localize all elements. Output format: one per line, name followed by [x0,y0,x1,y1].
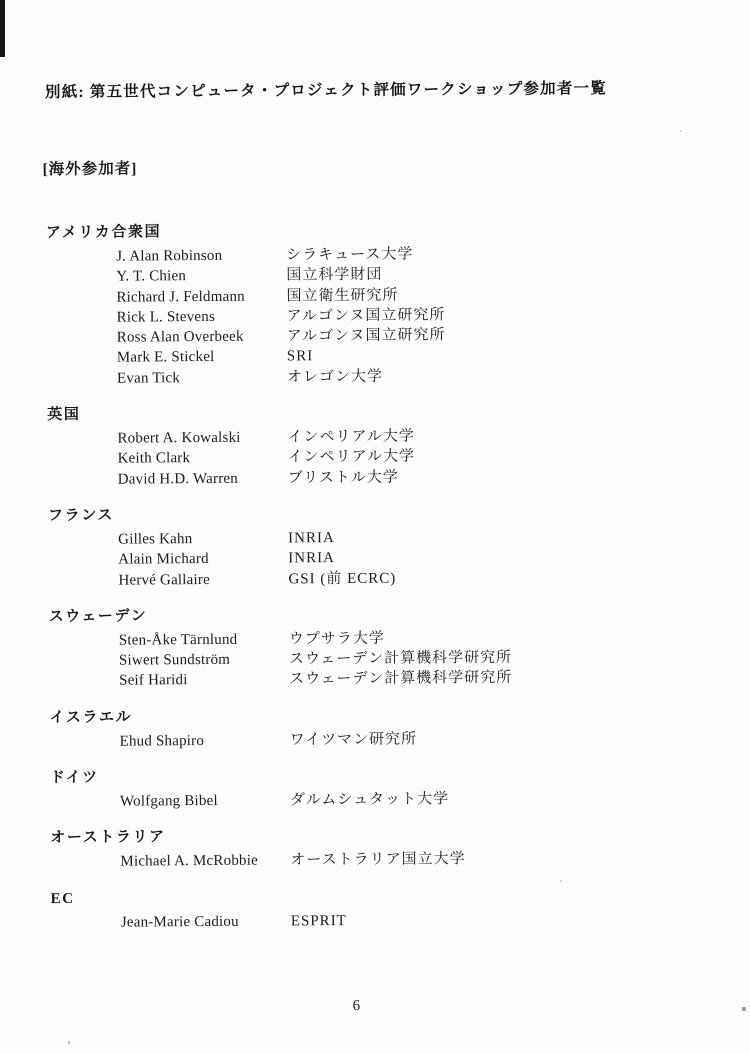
participant-rows: Jean-Marie Cadiou ESPRIT [6,908,706,933]
participant-rows: J. Alan Robinson シラキュース大学 Y. T. Chien 国立… [1,243,702,390]
participant-name: Mark E. Stickel [117,347,287,368]
participant-name: Rick L. Stevens [117,306,287,327]
participant-row: David H.D. Warren ブリストル大学 [118,465,703,489]
participant-org: アルゴンヌ国立研究所 [287,305,446,326]
participant-name: Robert A. Kowalski [117,427,287,448]
participant-row: Wolfgang Bibel ダルムシュタット大学 [120,788,705,812]
document-title: 別紙: 第五世代コンピュータ・プロジェクト評価ワークショップ参加者一覧 [45,76,607,102]
participant-name: Ehud Shapiro [119,730,289,751]
participant-rows: Gilles Kahn INRIA Alain Michard INRIA He… [3,525,703,591]
country-heading: EC [51,884,706,909]
participant-name: Y. T. Chien [116,266,286,287]
participant-row: Jean-Marie Cadiou ESPRIT [121,908,706,932]
participant-rows: Ehud Shapiro ワイツマン研究所 [4,727,704,752]
country-heading: イスラエル [49,703,704,728]
participant-org: オレゴン大学 [287,367,383,388]
participant-org: INRIA [288,548,335,569]
participant-org: シラキュース大学 [286,245,413,266]
participant-org: INRIA [288,528,335,549]
country-heading: ドイツ [50,764,705,789]
participant-rows: Michael A. McRobbie オーストラリア国立大学 [5,848,705,873]
participant-org: インペリアル大学 [288,447,416,468]
country-section: スウェーデン Sten-Åke Tärnlund ウプサラ大学 Siwert S… [4,602,705,692]
participant-name: Seif Haridi [119,670,289,691]
participant-org: アルゴンヌ国立研究所 [287,326,446,347]
participant-name: Sten-Åke Tärnlund [119,629,289,650]
participant-name: Jean-Marie Cadiou [121,911,291,932]
scan-speck [68,1041,70,1044]
participant-row: Michael A. McRobbie オーストラリア国立大学 [120,848,705,872]
participant-org: インペリアル大学 [287,427,415,448]
scan-speck [680,130,682,132]
page-content: 別紙: 第五世代コンピュータ・プロジェクト評価ワークショップ参加者一覧 [海外参… [0,0,750,1054]
participant-row: Seif Haridi スウェーデン計算機科学研究所 [119,667,704,691]
participant-name: Wolfgang Bibel [120,790,290,811]
participant-org: ESPRIT [291,911,347,932]
country-heading: スウェーデン [49,602,704,627]
scanner-edge-artifact [0,0,5,57]
participant-row: Hervé Gallaire GSI (前 ECRC) [118,566,703,590]
participant-sections: アメリカ合衆国 J. Alan Robinson シラキュース大学 Y. T. … [1,219,706,950]
participant-name: J. Alan Robinson [116,245,286,266]
participant-org: GSI (前 ECRC) [288,568,396,589]
participant-org: ブリストル大学 [288,467,399,488]
participant-rows: Sten-Åke Tärnlund ウプサラ大学 Siwert Sundströ… [4,626,704,692]
participant-org: 国立衛生研究所 [286,285,398,306]
country-heading: フランス [48,501,703,526]
country-section: オーストラリア Michael A. McRobbie オーストラリア国立大学 [5,824,705,873]
participant-name: Hervé Gallaire [118,569,288,590]
scanned-document-page: 別紙: 第五世代コンピュータ・プロジェクト評価ワークショップ参加者一覧 [海外参… [0,0,750,1054]
country-section: アメリカ合衆国 J. Alan Robinson シラキュース大学 Y. T. … [1,219,702,390]
participant-org: ウプサラ大学 [289,629,385,650]
participant-rows: Wolfgang Bibel ダルムシュタット大学 [5,788,705,813]
participant-name: Ross Alan Overbeek [117,327,287,348]
participant-org: 国立科学財団 [286,265,382,286]
country-section: ドイツ Wolfgang Bibel ダルムシュタット大学 [5,764,705,813]
participant-name: Evan Tick [117,367,287,388]
participant-org: ダルムシュタット大学 [290,789,449,810]
country-section: イスラエル Ehud Shapiro ワイツマン研究所 [4,703,704,752]
country-section: 英国 Robert A. Kowalski インペリアル大学 Keith Cla… [2,401,703,491]
country-section: EC Jean-Marie Cadiou ESPRIT [6,884,706,933]
participant-row: Ehud Shapiro ワイツマン研究所 [119,727,704,751]
participant-name: Richard J. Feldmann [116,286,286,307]
country-heading: アメリカ合衆国 [46,219,701,244]
participant-org: スウェーデン計算機科学研究所 [289,648,512,670]
scan-speck [560,880,562,882]
participant-org: オーストラリア国立大学 [290,850,465,872]
country-section: フランス Gilles Kahn INRIA Alain Michard INR… [3,501,704,591]
participant-name: Gilles Kahn [118,528,288,549]
participant-org: スウェーデン計算機科学研究所 [289,668,512,690]
scan-speck [742,1007,746,1011]
participant-name: Alain Michard [118,549,288,570]
overseas-participants-label: [海外参加者] [42,156,137,179]
participant-org: SRI [287,347,313,367]
participant-name: Siwert Sundström [119,650,289,671]
participant-rows: Robert A. Kowalski インペリアル大学 Keith Clark … [2,425,702,491]
country-heading: 英国 [47,401,702,426]
participant-name: Michael A. McRobbie [120,851,290,872]
participant-name: Keith Clark [118,448,288,469]
participant-row: Evan Tick オレゴン大学 [117,364,702,388]
page-number: 6 [346,998,366,1015]
country-heading: オーストラリア [50,824,705,849]
participant-name: David H.D. Warren [118,468,288,489]
participant-org: ワイツマン研究所 [289,729,417,750]
